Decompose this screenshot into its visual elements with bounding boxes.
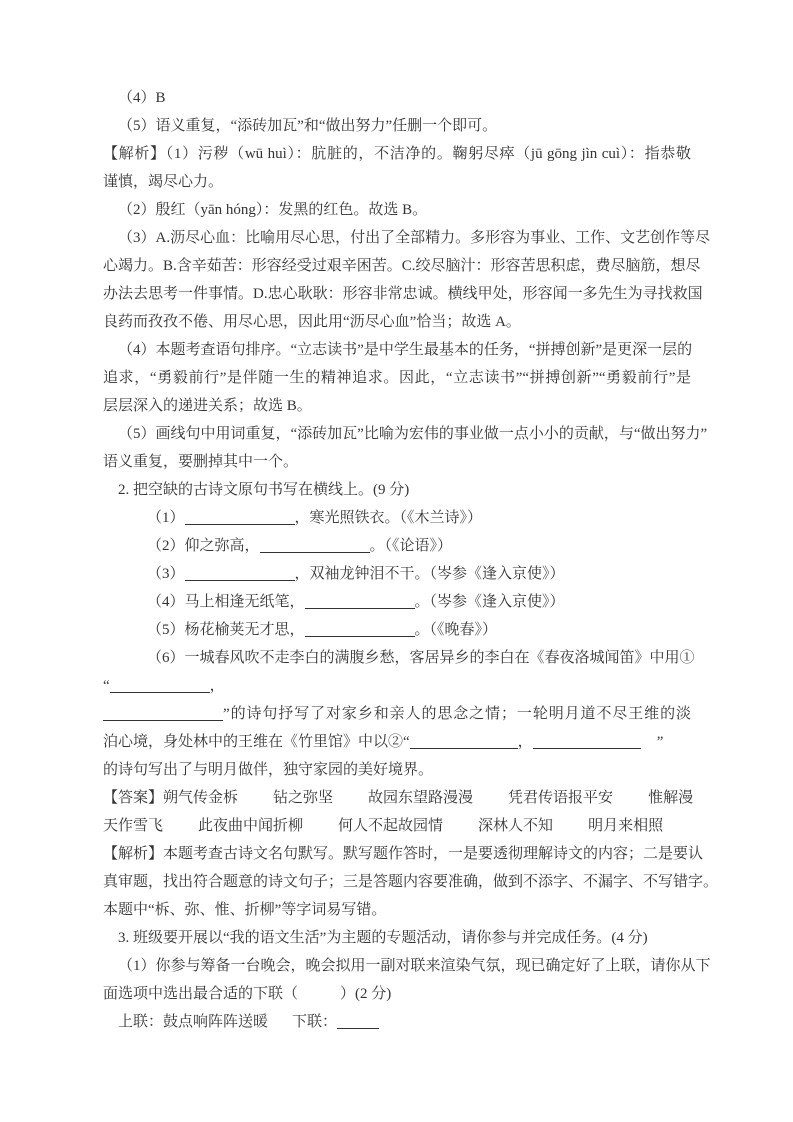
text-run: 面选项中选出最合适的下联（ (103, 986, 298, 1002)
text-line: （5）画线句中用词重复，“添砖加瓦”比喻为宏伟的事业做一点小小的贡献，与“做出努… (103, 420, 691, 448)
text-run: （2）仰之弥高， (147, 538, 260, 554)
text-line: 【解析】（1）污秽（wū huì）：肮脏的，不洁净的。鞠躬尽瘁（jū gōng … (103, 140, 691, 168)
text-run: 3. 班级要开展以“我的语文生活”为主题的专题活动，请你参与并完成任务。(4 分… (118, 930, 648, 946)
text-run: 语义重复，要删掉其中一个。 (103, 454, 298, 470)
text-run: 惟解漫 (648, 790, 693, 806)
fill-blank (533, 733, 641, 749)
text-run: （5）杨花榆荚无才思， (147, 622, 305, 638)
text-run: 谨慎，竭尽心力。 (103, 174, 223, 190)
text-run: 的诗句写出了与明月做伴，独守家园的美好境界。 (103, 762, 433, 778)
text-run: 本题中“柝、弥、惟、折柳”等字词易写错。 (103, 902, 386, 918)
text-run: 追求，“勇毅前行”是伴随一生的精神追求。因此，“立志读书”“拼搏创新”“勇毅前行… (103, 370, 691, 386)
text-run: 天作雪飞 (103, 818, 163, 834)
fill-blank (185, 509, 295, 525)
text-run: ”的诗句抒写了对家乡和亲人的思念之情；一轮明月道不尽王维的淡 (223, 706, 691, 722)
text-line: 2. 把空缺的古诗文原句书写在横线上。(9 分) (103, 476, 691, 504)
text-run: （4）B (118, 90, 166, 106)
text-run: （4）本题考查语句排序。“立志读书”是中学生最基本的任务，“拼搏创新”是更深一层… (118, 342, 692, 358)
text-line: 心竭力。B.含辛茹苦：形容经受过艰辛困苦。C.绞尽脑汁：形容苦思积虑，费尽脑筋，… (103, 252, 691, 280)
text-run: （1） (147, 510, 185, 526)
document-page: （4）B（5）语义重复，“添砖加瓦”和“做出努力”任删一个即可。【解析】（1）污… (103, 84, 691, 1036)
gap-spacer (613, 801, 648, 802)
fill-blank (410, 733, 518, 749)
text-line: 办法去思考一件事情。D.忠心耿耿：形容非常忠诚。横线甲处，形容闻一多先生为寻找救… (103, 280, 691, 308)
fill-blank (305, 621, 415, 637)
gap-spacer (303, 829, 338, 830)
gap-spacer (238, 801, 273, 802)
text-line: 泊心境，身处林中的王维在《竹里馆》中以②“，” (103, 728, 691, 756)
text-run: “ (103, 678, 110, 694)
text-run: （5）语义重复，“添砖加瓦”和“做出努力”任删一个即可。 (118, 118, 497, 134)
text-line: 本题中“柝、弥、惟、折柳”等字词易写错。 (103, 896, 691, 924)
text-line: 天作雪飞此夜曲中闻折柳何人不起故园情深林人不知明月来相照 (103, 812, 691, 840)
text-line: 3. 班级要开展以“我的语文生活”为主题的专题活动，请你参与并完成任务。(4 分… (103, 924, 691, 952)
text-run: 。（岑参《逢入京使》） (415, 594, 565, 610)
text-line: 良药而孜孜不倦、用尽心思，因此用“沥尽心血”恰当；故选 A。 (103, 308, 691, 336)
text-run: 上联：鼓点响阵阵送暖 (118, 1014, 268, 1030)
text-run: （3）A.沥尽心血：比喻用尽心思，付出了全部精力。多形容为事业、工作、文艺创作等… (118, 230, 710, 246)
text-run: 真审题，找出符合题意的诗文句子；三是答题内容要准确，做到不添字、不漏字、不写错字… (103, 874, 718, 890)
text-line: （2）仰之弥高，。（《论语》） (103, 532, 691, 560)
text-line: 的诗句写出了与明月做伴，独守家园的美好境界。 (103, 756, 691, 784)
text-run: 此夜曲中闻折柳 (198, 818, 303, 834)
text-run: ， (210, 678, 225, 694)
text-run: 【解析】本题考查古诗文名句默写。默写题作答时，一是要透彻理解诗文的内容；二是要认 (103, 846, 703, 862)
gap-spacer (553, 829, 588, 830)
text-line: ”的诗句抒写了对家乡和亲人的思念之情；一轮明月道不尽王维的淡 (103, 700, 691, 728)
text-run: （2）殷红（yān hóng）：发黑的红色。故选 B。 (118, 202, 427, 218)
text-run: ，寒光照铁衣。（《木兰诗》） (295, 510, 483, 526)
text-run: （5）画线句中用词重复，“添砖加瓦”比喻为宏伟的事业做一点小小的贡献，与“做出努… (118, 426, 707, 442)
gap-spacer (333, 801, 368, 802)
gap-spacer (641, 745, 657, 746)
gap-spacer (298, 997, 340, 998)
text-run: 深林人不知 (478, 818, 553, 834)
text-line: （5）语义重复，“添砖加瓦”和“做出努力”任删一个即可。 (103, 112, 691, 140)
text-run: （6）一城春风吹不走李白的满腹乡愁，客居异乡的李白在《春夜洛城闻笛》中用① (147, 650, 695, 666)
fill-blank (260, 537, 370, 553)
fill-blank (185, 565, 295, 581)
text-line: （6）一城春风吹不走李白的满腹乡愁，客居异乡的李白在《春夜洛城闻笛》中用① (103, 644, 691, 672)
text-line: 语义重复，要删掉其中一个。 (103, 448, 691, 476)
text-run: 【解析】（1）污秽（wū huì）：肮脏的，不洁净的。鞠躬尽瘁（jū gōng … (103, 146, 691, 162)
text-line: （5）杨花榆荚无才思，。（《晚春》） (103, 616, 691, 644)
fill-blank (103, 705, 223, 721)
text-run: 【答案】朔气传金柝 (103, 790, 238, 806)
text-line: “， (103, 672, 691, 700)
text-run: 。（《论语》） (370, 538, 453, 554)
text-run: 2. 把空缺的古诗文原句书写在横线上。(9 分) (118, 482, 409, 498)
text-line: 【答案】朔气传金柝钻之弥坚故园东望路漫漫凭君传语报平安惟解漫 (103, 784, 691, 812)
text-run: 下联： (292, 1014, 337, 1030)
text-line: （4）B (103, 84, 691, 112)
gap-spacer (443, 829, 478, 830)
text-run: 明月来相照 (588, 818, 663, 834)
text-run: ）(2 分) (340, 986, 391, 1002)
text-line: （2）殷红（yān hóng）：发黑的红色。故选 B。 (103, 196, 691, 224)
text-run: 钻之弥坚 (273, 790, 333, 806)
text-run: ，双袖龙钟泪不干。（岑参《逢入京使》） (295, 566, 565, 582)
text-run: 泊心境，身处林中的王维在《竹里馆》中以②“ (103, 734, 410, 750)
text-run: 何人不起故园情 (338, 818, 443, 834)
text-line: （1），寒光照铁衣。（《木兰诗》） (103, 504, 691, 532)
text-run: 心竭力。B.含辛茹苦：形容经受过艰辛困苦。C.绞尽脑汁：形容苦思积虑，费尽脑筋，… (103, 258, 701, 274)
text-line: 上联：鼓点响阵阵送暖下联： (103, 1008, 691, 1036)
text-line: 面选项中选出最合适的下联（）(2 分) (103, 980, 691, 1008)
fill-blank (337, 1013, 379, 1029)
text-line: （4）马上相逢无纸笔，。（岑参《逢入京使》） (103, 588, 691, 616)
gap-spacer (473, 801, 508, 802)
text-line: 追求，“勇毅前行”是伴随一生的精神追求。因此，“立志读书”“拼搏创新”“勇毅前行… (103, 364, 691, 392)
text-run: 故园东望路漫漫 (368, 790, 473, 806)
text-line: 层层深入的递进关系；故选 B。 (103, 392, 691, 420)
fill-blank (110, 677, 210, 693)
document-background: { "page": { "background": "#ffffff", "te… (0, 0, 793, 1122)
text-run: 层层深入的递进关系；故选 B。 (103, 398, 312, 414)
text-line: （4）本题考查语句排序。“立志读书”是中学生最基本的任务，“拼搏创新”是更深一层… (103, 336, 691, 364)
text-line: 真审题，找出符合题意的诗文句子；三是答题内容要准确，做到不添字、不漏字、不写错字… (103, 868, 691, 896)
gap-spacer (268, 1025, 292, 1026)
text-run: （4）马上相逢无纸笔， (147, 594, 305, 610)
text-line: （3）A.沥尽心血：比喻用尽心思，付出了全部精力。多形容为事业、工作、文艺创作等… (103, 224, 691, 252)
text-line: （1）你参与筹备一台晚会，晚会拟用一副对联来渲染气氛，现已确定好了上联，请你从下 (103, 952, 691, 980)
text-run: ， (518, 734, 533, 750)
text-run: 凭君传语报平安 (508, 790, 613, 806)
gap-spacer (163, 829, 198, 830)
fill-blank (305, 593, 415, 609)
text-line: 【解析】本题考查古诗文名句默写。默写题作答时，一是要透彻理解诗文的内容；二是要认 (103, 840, 691, 868)
text-line: （3），双袖龙钟泪不干。（岑参《逢入京使》） (103, 560, 691, 588)
text-run: （3） (147, 566, 185, 582)
text-run: 办法去思考一件事情。D.忠心耿耿：形容非常忠诚。横线甲处，形容闻一多先生为寻找救… (103, 286, 703, 302)
text-line: 谨慎，竭尽心力。 (103, 168, 691, 196)
text-run: 良药而孜孜不倦、用尽心思，因此用“沥尽心血”恰当；故选 A。 (103, 314, 521, 330)
text-run: （1）你参与筹备一台晚会，晚会拟用一副对联来渲染气氛，现已确定好了上联，请你从下 (118, 958, 711, 974)
text-run: 。（《晚春》） (415, 622, 498, 638)
text-run: ” (657, 734, 664, 750)
